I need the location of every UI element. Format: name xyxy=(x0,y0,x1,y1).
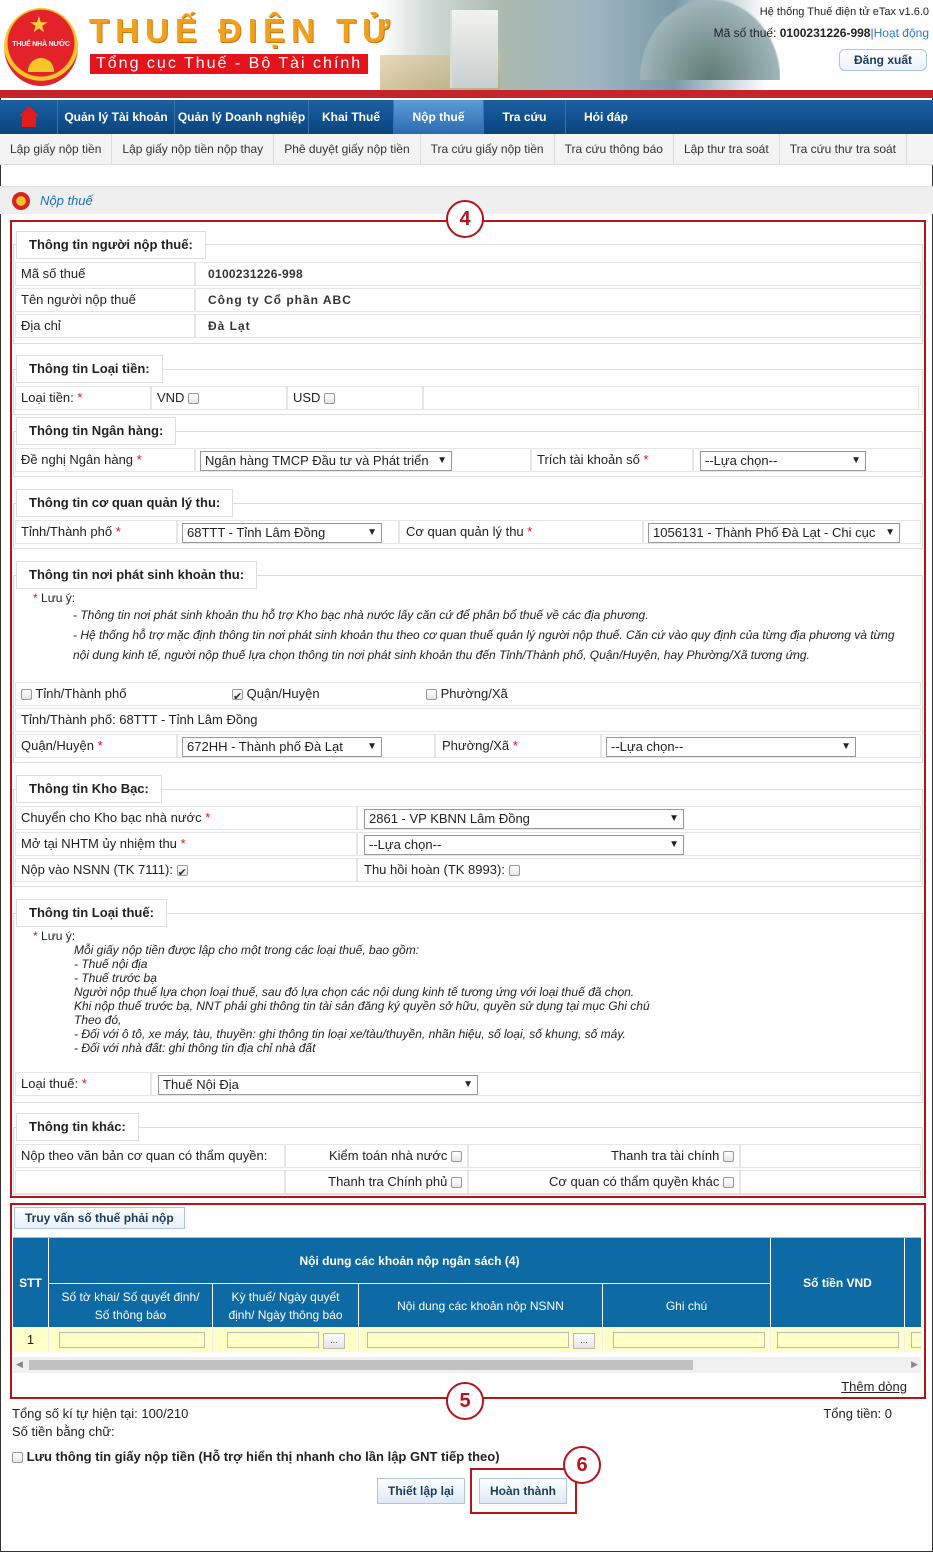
collection-bank-label-text: Mở tại NHTM ủy nhiệm thu xyxy=(21,836,177,851)
subnav-lookup-payment[interactable]: Tra cứu giấy nộp tiền xyxy=(421,134,555,165)
payment-items-table: STT Nội dung các khoản nộp ngân sách (4)… xyxy=(13,1237,921,1354)
col-more xyxy=(905,1238,921,1328)
tax-id-value: 0100231226-998 xyxy=(780,26,871,40)
tax-period-cell: ... xyxy=(213,1328,359,1352)
amount-vnd-input[interactable] xyxy=(777,1332,899,1348)
bank-select-cell: Ngân hàng TMCP Đầu tư và Phát triển▼ xyxy=(195,448,531,472)
note-text: - Thuế trước bạ xyxy=(74,971,157,985)
nsnn-checkbox[interactable] xyxy=(177,865,188,876)
finance-inspection-label: Thanh tra tài chính xyxy=(611,1148,719,1163)
bank-label-text: Đề nghị Ngân hàng xyxy=(21,452,133,467)
required-mark: * xyxy=(33,929,38,943)
currency-vnd: VND xyxy=(151,386,287,410)
taxtype-label: Loại thuế: * xyxy=(15,1072,151,1096)
note-text: - Đối với ô tô, xe máy, tàu, thuyền: ghi… xyxy=(74,1027,626,1041)
activity-link[interactable]: Hoạt động xyxy=(874,26,929,40)
row-stt: 1 xyxy=(13,1328,49,1352)
note-text: Khi nộp thuế trước bạ, NNT phải ghi thôn… xyxy=(74,999,650,1013)
state-audit-label: Kiểm toán nhà nước xyxy=(329,1148,447,1163)
bank-select-value: Ngân hàng TMCP Đầu tư và Phát triển xyxy=(205,453,429,468)
note-cell xyxy=(603,1328,771,1352)
taxpayer-name-value: Công ty Cổ phần ABC xyxy=(195,288,921,312)
province-select[interactable]: 68TTT - Tỉnh Lâm Đồng▼ xyxy=(182,523,382,543)
section-other-title: Thông tin khác: xyxy=(16,1113,139,1141)
treasury-label: Chuyển cho Kho bạc nhà nước * xyxy=(15,806,357,830)
logo-text: THUẾ NHÀ NƯỚC xyxy=(10,41,72,48)
col-tax-period: Kỳ thuế/ Ngày quyết định/ Ngày thông báo xyxy=(213,1284,359,1328)
section-origin-title: Thông tin nơi phát sinh khoản thu: xyxy=(16,561,257,589)
treasury-row: Chuyển cho Kho bạc nhà nước * 2861 - VP … xyxy=(15,806,921,830)
total-amount: Tổng tiền: 0 xyxy=(823,1406,892,1421)
district-select-value: 672HH - Thành phố Đà Lạt xyxy=(187,739,343,754)
currency-label: Loại tiền: * xyxy=(15,386,151,410)
dropdown-arrow-icon: ▼ xyxy=(463,1076,473,1094)
agency-select-cell: 1056131 - Thành Phố Đà Lạt - Chi cục▼ xyxy=(643,520,921,544)
ward-level-checkbox[interactable] xyxy=(426,689,437,700)
agency-row: Tỉnh/Thành phố * 68TTT - Tỉnh Lâm Đồng▼ … xyxy=(15,520,921,544)
dropdown-arrow-icon: ▼ xyxy=(367,738,377,756)
account-label: Trích tài khoản số * xyxy=(531,448,693,472)
dropdown-arrow-icon: ▼ xyxy=(885,524,895,542)
col-declaration-no: Số tờ khai/ Số quyết định/ Số thông báo xyxy=(49,1284,213,1328)
nav-item-payment[interactable]: Nộp thuế xyxy=(394,100,484,134)
origin-province-row: Tỉnh/Thành phố: 68TTT - Tỉnh Lâm Đồng xyxy=(15,708,921,732)
taxtype-select-value: Thuế Nội Địa xyxy=(163,1077,239,1092)
empty-cell xyxy=(423,386,919,410)
scroll-left-icon[interactable]: ◀ xyxy=(16,1359,23,1370)
required-mark: * xyxy=(98,738,103,753)
breadcrumb-current: Nộp thuế xyxy=(40,193,93,208)
reset-button[interactable]: Thiết lập lại xyxy=(377,1478,465,1504)
vnd-label: VND xyxy=(157,390,184,405)
callout-badge-6: 6 xyxy=(563,1446,601,1484)
gov-inspection-label: Thanh tra Chính phủ xyxy=(328,1174,447,1189)
amount-cell xyxy=(771,1328,905,1352)
subnav-create-proxy-payment[interactable]: Lập giấy nộp tiền nộp thay xyxy=(112,134,274,165)
collection-bank-select-cell: --Lựa chọn--▼ xyxy=(357,832,921,856)
collection-bank-label: Mở tại NHTM ủy nhiệm thu * xyxy=(15,832,357,856)
note-input[interactable] xyxy=(613,1332,765,1348)
subnav-create-inquiry[interactable]: Lập thư tra soát xyxy=(674,134,780,165)
note-text: - Hệ thống hỗ trợ mặc định thông tin nơi… xyxy=(73,628,895,642)
nsnn-cell: Nộp vào NSNN (TK 7111): xyxy=(15,858,357,882)
province-level-checkbox[interactable] xyxy=(21,689,32,700)
required-mark: * xyxy=(513,738,518,753)
account-select-cell: --Lựa chọn--▼ xyxy=(693,448,921,472)
subnav-lookup-notice[interactable]: Tra cứu thông báo xyxy=(555,134,674,165)
col-budget-content: Nội dung các khoản nộp NSNN xyxy=(359,1284,603,1328)
origin-note-title: * Lưu ý: xyxy=(33,591,75,605)
subnav-approve-payment[interactable]: Phê duyệt giấy nộp tiền xyxy=(274,134,420,165)
subnav-lookup-inquiry[interactable]: Tra cứu thư tra soát xyxy=(780,134,907,165)
note-title: Lưu ý: xyxy=(41,591,75,605)
district-select-cell: 672HH - Thành phố Đà Lạt▼ xyxy=(177,734,435,758)
taxtype-row: Loại thuế: * Thuế Nội Địa▼ xyxy=(15,1072,921,1096)
account-select[interactable]: --Lựa chọn--▼ xyxy=(700,451,866,471)
col-stt: STT xyxy=(13,1238,49,1328)
level-ward: Phường/Xã xyxy=(426,683,508,705)
tax-period-input[interactable] xyxy=(227,1332,319,1348)
taxpayer-row: Mã số thuế 0100231226-998 xyxy=(15,262,921,286)
scrollbar-thumb[interactable] xyxy=(29,1360,693,1370)
empty-cell xyxy=(740,1144,921,1168)
bank-select[interactable]: Ngân hàng TMCP Đầu tư và Phát triển▼ xyxy=(200,451,452,471)
district-level-checkbox[interactable] xyxy=(232,689,243,700)
refund-cell: Thu hồi hoàn (TK 8993): xyxy=(357,858,921,882)
collection-bank-select-value: --Lựa chọn-- xyxy=(369,837,441,852)
amount-in-words: Số tiền bằng chữ: xyxy=(12,1424,115,1439)
more-cell xyxy=(905,1328,921,1352)
nav-item-business[interactable]: Quản lý Doanh nghiệp xyxy=(175,100,309,134)
scroll-right-icon[interactable]: ▶ xyxy=(911,1359,918,1370)
note-text: Theo đó, xyxy=(74,1013,121,1027)
required-mark: * xyxy=(77,390,82,405)
finance-inspection-checkbox[interactable] xyxy=(723,1151,734,1162)
bank-row: Đề nghị Ngân hàng * Ngân hàng TMCP Đầu t… xyxy=(15,448,921,472)
treasury-label-text: Chuyển cho Kho bạc nhà nước xyxy=(21,810,202,825)
district-level-label: Quận/Huyện xyxy=(247,686,320,701)
required-mark: * xyxy=(116,524,121,539)
star-icon: ★ xyxy=(29,14,49,36)
gov-inspection-checkbox[interactable] xyxy=(451,1177,462,1188)
treasury-select-cell: 2861 - VP KBNN Lâm Đồng▼ xyxy=(357,806,921,830)
ward-label: Phường/Xã * xyxy=(435,734,601,758)
district-label-text: Quận/Huyện xyxy=(21,738,94,753)
emblem-icon xyxy=(12,192,30,210)
origin-note-2: - Hệ thống hỗ trợ mặc định thông tin nơi… xyxy=(73,628,895,642)
account-select-value: --Lựa chọn-- xyxy=(705,453,777,468)
tax-id-label: Mã số thuế: xyxy=(714,26,777,40)
level-district: Quận/Huyện xyxy=(232,683,320,705)
save-info-option: Lưu thông tin giấy nộp tiền (Hỗ trợ hiển… xyxy=(12,1449,500,1464)
other-row-2: Thanh tra Chính phủ Cơ quan có thẩm quyề… xyxy=(15,1170,921,1194)
refund-label: Thu hồi hoàn (TK 8993): xyxy=(364,862,505,877)
taxtype-select[interactable]: Thuế Nội Địa▼ xyxy=(158,1075,478,1095)
required-mark: * xyxy=(527,524,532,539)
treasury-account-row: Nộp vào NSNN (TK 7111): Thu hồi hoàn (TK… xyxy=(15,858,921,882)
save-info-checkbox[interactable] xyxy=(12,1452,23,1463)
header-banner-image xyxy=(380,0,800,98)
required-mark: * xyxy=(205,810,210,825)
treasury-select[interactable]: 2861 - VP KBNN Lâm Đồng▼ xyxy=(364,809,684,829)
treasury-bank-row: Mở tại NHTM ủy nhiệm thu * --Lựa chọn--▼ xyxy=(15,832,921,856)
origin-province-text: Tỉnh/Thành phố: 68TTT - Tỉnh Lâm Đồng xyxy=(15,708,921,732)
state-audit-checkbox[interactable] xyxy=(451,1151,462,1162)
required-mark: * xyxy=(643,452,648,467)
col-group-budget: Nội dung các khoản nộp ngân sách (4) xyxy=(49,1238,771,1284)
site-header: ★ THUẾ NHÀ NƯỚC THUẾ ĐIỆN TỬ Tổng cục Th… xyxy=(0,0,933,98)
dropdown-arrow-icon: ▼ xyxy=(841,738,851,756)
currency-row: Loại tiền: * VND USD xyxy=(15,386,919,410)
tax-id-label: Mã số thuế xyxy=(15,262,195,286)
home-button[interactable] xyxy=(0,100,58,134)
treasury-select-value: 2861 - VP KBNN Lâm Đồng xyxy=(369,811,530,826)
empty-cell xyxy=(740,1170,921,1194)
tax-period-picker-button[interactable]: ... xyxy=(323,1333,345,1349)
gov-inspection-cell: Thanh tra Chính phủ xyxy=(285,1170,468,1194)
required-mark: * xyxy=(82,1076,87,1091)
currency-label-text: Loại tiền: xyxy=(21,390,74,405)
agency-label: Cơ quan quản lý thu * xyxy=(399,520,643,544)
level-province: Tỉnh/Thành phố xyxy=(21,683,126,705)
origin-level-row: Tỉnh/Thành phố Quận/Huyện Phường/Xã xyxy=(15,682,921,706)
bank-label: Đề nghị Ngân hàng * xyxy=(15,448,195,472)
dropdown-arrow-icon: ▼ xyxy=(669,810,679,828)
taxpayer-row: Tên người nộp thuế Công ty Cổ phần ABC xyxy=(15,288,921,312)
vnd-checkbox[interactable] xyxy=(188,393,199,404)
province-label: Tỉnh/Thành phố * xyxy=(15,520,177,544)
dropdown-arrow-icon: ▼ xyxy=(669,836,679,854)
section-taxtype-title: Thông tin Loại thuế: xyxy=(16,899,167,927)
address-value: Đà Lạt xyxy=(195,314,921,338)
authority-label: Nộp theo văn bản cơ quan có thẩm quyền: xyxy=(15,1144,285,1168)
taxpayer-row: Địa chỉ Đà Lạt xyxy=(15,314,921,338)
gear-icon xyxy=(28,58,54,72)
more-input[interactable] xyxy=(911,1332,921,1348)
account-label-text: Trích tài khoản số xyxy=(537,452,640,467)
ward-level-label: Phường/Xã xyxy=(441,686,508,701)
table-horizontal-scrollbar[interactable]: ◀ ▶ xyxy=(13,1357,921,1373)
province-select-cell: 68TTT - Tỉnh Lâm Đồng▼ xyxy=(177,520,399,544)
origin-note-1: - Thông tin nơi phát sinh khoản thu hỗ t… xyxy=(73,608,649,622)
ward-select[interactable]: --Lựa chọn--▼ xyxy=(606,737,856,757)
section-bank-title: Thông tin Ngân hàng: xyxy=(16,417,176,445)
budget-content-picker-button[interactable]: ... xyxy=(573,1333,595,1349)
agency-select-value: 1056131 - Thành Phố Đà Lạt - Chi cục xyxy=(653,525,875,540)
origin-level-cell: Tỉnh/Thành phố Quận/Huyện Phường/Xã xyxy=(15,682,921,706)
required-mark: * xyxy=(33,591,38,605)
taxtype-note-title: * Lưu ý: xyxy=(33,929,75,943)
taxtype-select-cell: Thuế Nội Địa▼ xyxy=(151,1072,921,1096)
nav-item-declare[interactable]: Khai Thuế xyxy=(309,100,394,134)
ward-label-text: Phường/Xã xyxy=(442,738,509,753)
dropdown-arrow-icon: ▼ xyxy=(851,452,861,470)
province-level-label: Tỉnh/Thành phố xyxy=(35,686,126,701)
agency-select[interactable]: 1056131 - Thành Phố Đà Lạt - Chi cục▼ xyxy=(648,523,900,543)
save-info-label: Lưu thông tin giấy nộp tiền (Hỗ trợ hiển… xyxy=(27,1449,500,1464)
dropdown-arrow-icon: ▼ xyxy=(437,452,447,470)
state-audit-cell: Kiểm toán nhà nước xyxy=(285,1144,468,1168)
finance-inspection-cell: Thanh tra tài chính xyxy=(468,1144,740,1168)
note-text: nội dung kinh tế, người nộp thuế lựa chọ… xyxy=(73,648,810,662)
callout-badge-5: 5 xyxy=(446,1382,484,1420)
budget-content-input[interactable] xyxy=(367,1332,569,1348)
usd-checkbox[interactable] xyxy=(324,393,335,404)
col-amount-vnd: Số tiền VND xyxy=(771,1238,905,1328)
header-divider xyxy=(0,90,933,98)
tax-id-value: 0100231226-998 xyxy=(195,262,921,286)
note-text: - Thuế nội địa xyxy=(74,957,147,971)
query-tax-button[interactable]: Truy vấn số thuế phải nộp xyxy=(14,1207,185,1229)
note-text: Người nộp thuế lựa chọn loại thuế, sau đ… xyxy=(74,985,634,999)
tax-emblem-logo: ★ THUẾ NHÀ NƯỚC xyxy=(4,8,78,86)
required-mark: * xyxy=(181,836,186,851)
brand-subtitle: Tổng cục Thuế - Bộ Tài chính xyxy=(90,54,368,74)
ward-select-value: --Lựa chọn-- xyxy=(611,739,683,754)
usd-label: USD xyxy=(293,390,320,405)
nav-item-faq[interactable]: Hỏi đáp xyxy=(566,100,646,134)
origin-district-row: Quận/Huyện * 672HH - Thành phố Đà Lạt▼ P… xyxy=(15,734,921,758)
nsnn-label: Nộp vào NSNN (TK 7111): xyxy=(21,862,173,877)
note-text: Mỗi giấy nộp tiền được lập cho một trong… xyxy=(74,943,419,957)
ward-select-cell: --Lựa chọn--▼ xyxy=(601,734,921,758)
table-row xyxy=(49,1328,213,1352)
section-taxpayer-title: Thông tin người nộp thuế: xyxy=(16,231,206,259)
note-text: - Đối với nhà đất: ghi thông tin địa chỉ… xyxy=(74,1041,315,1055)
province-select-value: 68TTT - Tỉnh Lâm Đồng xyxy=(187,525,325,540)
callout-badge-4: 4 xyxy=(446,200,484,238)
taxpayer-name-label: Tên người nộp thuế xyxy=(15,288,195,312)
col-note: Ghi chú xyxy=(603,1284,771,1328)
agency-label-text: Cơ quan quản lý thu xyxy=(406,524,524,539)
section-agency-title: Thông tin cơ quan quản lý thu: xyxy=(16,489,233,517)
district-label: Quận/Huyện * xyxy=(15,734,177,758)
declaration-no-input[interactable] xyxy=(59,1332,205,1348)
budget-content-cell: ... xyxy=(359,1328,603,1352)
dropdown-arrow-icon: ▼ xyxy=(367,524,377,542)
currency-usd: USD xyxy=(287,386,423,410)
empty-cell xyxy=(15,1170,285,1194)
taxtype-notes: Mỗi giấy nộp tiền được lập cho một trong… xyxy=(74,943,650,1055)
brand-title: THUẾ ĐIỆN TỬ xyxy=(89,12,396,50)
section-treasury-title: Thông tin Kho Bạc: xyxy=(16,775,162,803)
refund-checkbox[interactable] xyxy=(509,865,520,876)
required-mark: * xyxy=(137,452,142,467)
address-label: Địa chỉ xyxy=(15,314,195,338)
taxtype-label-text: Loại thuế: xyxy=(21,1076,78,1091)
note-title: Lưu ý: xyxy=(41,929,75,943)
nav-item-lookup[interactable]: Tra cứu xyxy=(484,100,566,134)
origin-note-3: nội dung kinh tế, người nộp thuế lựa chọ… xyxy=(73,648,810,662)
other-row-1: Nộp theo văn bản cơ quan có thẩm quyền: … xyxy=(15,1144,921,1168)
logout-button[interactable]: Đăng xuất xyxy=(839,49,927,71)
note-text: - Thông tin nơi phát sinh khoản thu hỗ t… xyxy=(73,608,649,622)
add-row-link[interactable]: Thêm dòng xyxy=(841,1379,907,1394)
char-count: Tổng số kí tự hiện tại: 100/210 xyxy=(12,1406,188,1421)
province-label-text: Tỉnh/Thành phố xyxy=(21,524,112,539)
home-icon xyxy=(21,106,37,128)
district-select[interactable]: 672HH - Thành phố Đà Lạt▼ xyxy=(182,737,382,757)
subnav-create-payment[interactable]: Lập giấy nộp tiền xyxy=(0,134,112,165)
tax-id-line: Mã số thuế: 0100231226-998|Hoạt động xyxy=(714,26,929,40)
other-authority-cell: Cơ quan có thẩm quyền khác xyxy=(468,1170,740,1194)
nav-item-account[interactable]: Quản lý Tài khoản xyxy=(58,100,175,134)
main-nav: Quản lý Tài khoản Quản lý Doanh nghiệp K… xyxy=(0,100,933,134)
other-authority-label: Cơ quan có thẩm quyền khác xyxy=(549,1174,719,1189)
sub-nav: Lập giấy nộp tiền Lập giấy nộp tiền nộp … xyxy=(0,134,933,165)
other-authority-checkbox[interactable] xyxy=(723,1177,734,1188)
collection-bank-select[interactable]: --Lựa chọn--▼ xyxy=(364,835,684,855)
section-currency-title: Thông tin Loại tiền: xyxy=(16,355,163,383)
callout-box-submit xyxy=(470,1468,577,1514)
system-name: Hệ thống Thuế điện tử eTax v1.6.0 xyxy=(760,6,929,18)
